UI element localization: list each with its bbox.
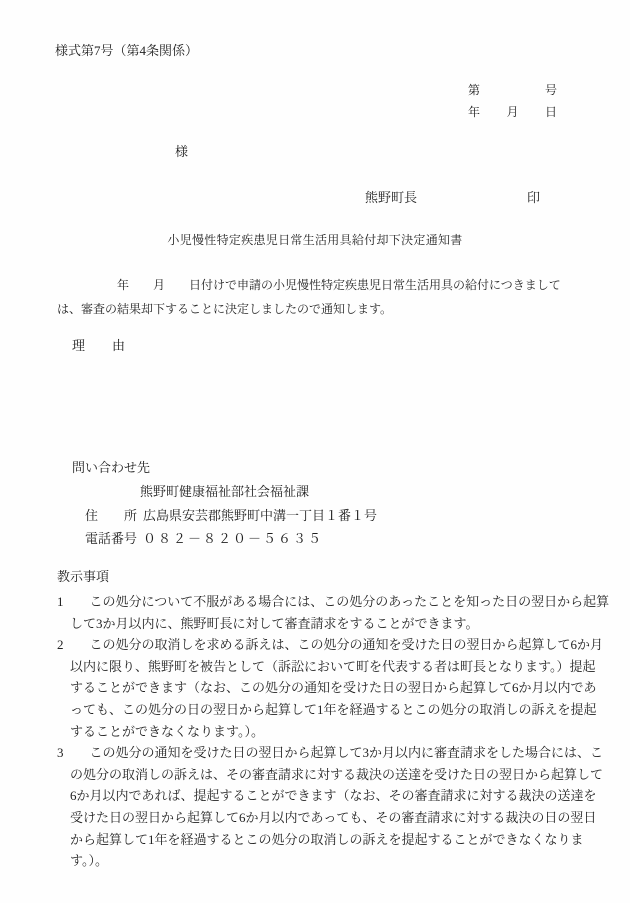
contact-department: 熊野町健康福祉部社会福祉課 bbox=[140, 481, 309, 500]
contact-phone-line: 電話番号 ０８２－８２０－５６３５ bbox=[85, 528, 323, 547]
document-title: 小児慢性特定疾患児日常生活用具給付却下決定通知書 bbox=[0, 231, 630, 248]
phone-label: 電話番号 bbox=[85, 528, 137, 547]
reason-label-start: 理 bbox=[72, 335, 85, 354]
body-paragraph: 年 月 日付けで申請の小児慢性特定疾患児日常生活用具の給付につきまして は、審査… bbox=[57, 274, 561, 321]
contact-address-line: 住 所 広島県安芸郡熊野町中溝一丁目１番１号 bbox=[85, 505, 377, 524]
sender-seal: 印 bbox=[527, 187, 540, 206]
reason-label-end: 由 bbox=[112, 335, 125, 354]
instruction-item-2: 2 この処分の取消しを求める訴えは、この処分の通知を受けた日の翌日から起算して6… bbox=[57, 634, 609, 742]
form-number: 様式第7号（第4条関係） bbox=[55, 40, 198, 59]
document-page: 様式第7号（第4条関係） 第 号 年 月 日 様 熊野町長 印 小児慢性特定疾患… bbox=[0, 0, 630, 903]
address-label: 住 所 bbox=[85, 505, 137, 524]
instructions-heading: 教示事項 bbox=[57, 566, 109, 585]
sender-name: 熊野町長 bbox=[365, 187, 417, 206]
instruction-item-3: 3 この処分の通知を受けた日の翌日から起算して3か月以内に審査請求をした場合には… bbox=[57, 742, 609, 872]
instructions-list: 1 この処分について不服がある場合には、この処分のあったことを知った日の翌日から… bbox=[57, 591, 609, 872]
contact-heading: 問い合わせ先 bbox=[72, 457, 150, 476]
phone-value: ０８２－８２０－５６３５ bbox=[143, 528, 323, 547]
date-month-label: 月 bbox=[506, 103, 518, 120]
address-value: 広島県安芸郡熊野町中溝一丁目１番１号 bbox=[143, 505, 377, 524]
doc-number-prefix: 第 bbox=[468, 81, 480, 98]
doc-number-line: 第 号 bbox=[468, 81, 557, 98]
date-line: 年 月 日 bbox=[468, 103, 557, 120]
instruction-item-1: 1 この処分について不服がある場合には、この処分のあったことを知った日の翌日から… bbox=[57, 591, 609, 634]
doc-number-suffix: 号 bbox=[545, 81, 557, 98]
addressee-honorific: 様 bbox=[175, 141, 188, 160]
date-day-label: 日 bbox=[545, 103, 557, 120]
reason-label: 理 由 bbox=[72, 335, 125, 354]
date-year-label: 年 bbox=[468, 103, 480, 120]
